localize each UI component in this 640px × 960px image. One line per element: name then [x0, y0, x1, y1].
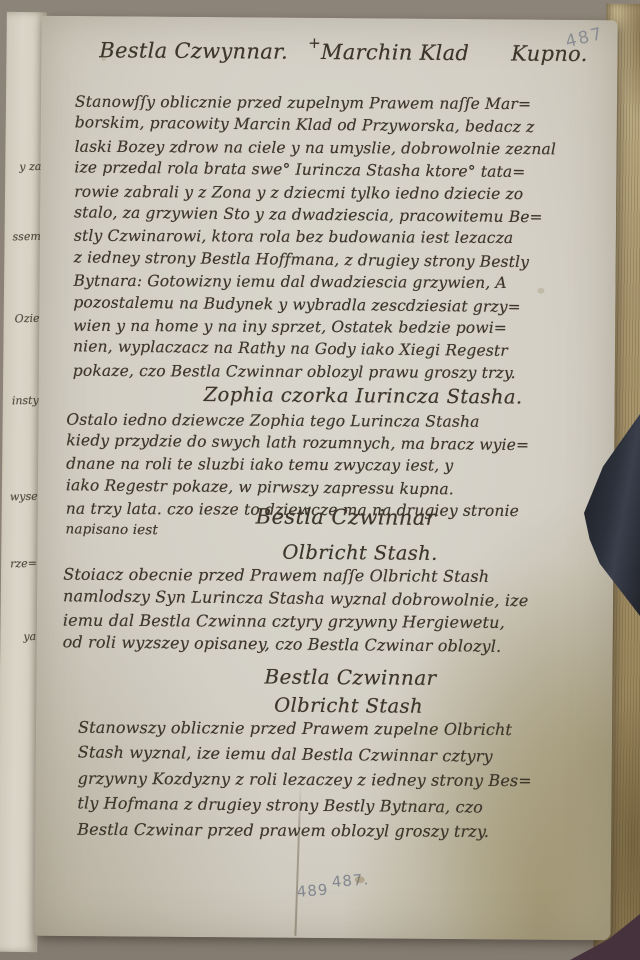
entry-paragraph-olbricht: Stoiacz obecnie przed Prawem naſſe Olbri… — [63, 562, 604, 658]
section-heading-bestla-czwinnar-2: Bestla Czwinnar — [264, 665, 436, 690]
title-part-3: Kupno. — [511, 41, 588, 66]
facing-page-fragment: ssem — [12, 230, 41, 244]
facing-page-fragment: rze= — [10, 557, 37, 571]
manuscript-line: od roli wyzszey opisaney, czo Bestla Czw… — [63, 630, 603, 659]
manuscript-line: grzywny Kozdyzny z roli lezaczey z iedne… — [78, 766, 602, 794]
facing-page-fragment: ya — [23, 630, 36, 643]
manuscript-line: Bestla Czwinar przed prawem oblozyl gros… — [77, 817, 601, 845]
section-heading-bestla-czwinnar: Bestla Czwinnar — [256, 504, 437, 529]
entry-paragraph-final: Stanowszy oblicznie przed Prawem zupelne… — [77, 714, 602, 846]
foxing-spot — [355, 876, 365, 883]
manuscript-page: 487 Bestla Czwynnar.+Marchin KladKupno. … — [34, 16, 617, 940]
section-heading-zophia: Zophia czorka Iurincza Stasha. — [204, 383, 523, 409]
foxing-spot — [537, 288, 544, 294]
pencil-number-old: 489 — [296, 880, 329, 900]
foxing-spot — [101, 56, 106, 61]
title-part-2: Marchin Klad — [321, 40, 469, 65]
cross-mark-icon: + — [308, 34, 321, 52]
facing-page-fragment: wyse — [10, 490, 38, 504]
manuscript-line: pokaze, czo Bestla Czwinnar oblozyl praw… — [73, 360, 605, 385]
facing-page-fragment: Ozie — [15, 312, 40, 326]
manuscript-line: Stanowszy oblicznie przed Prawem zupelne… — [78, 715, 602, 743]
fore-edge-stain — [617, 4, 640, 124]
photo-backdrop: y za ssem Ozie insty wyse rze= ya 487 Be… — [0, 0, 640, 960]
facing-page-fragment: y za — [19, 160, 41, 174]
page-title: Bestla Czwynnar.+Marchin KladKupno. — [99, 38, 599, 66]
entry-paragraph-kupno: Stanowſſy oblicznie przed zupelnym Prawe… — [73, 90, 607, 385]
section-heading-olbricht-stash-2: Olbricht Stash — [274, 694, 423, 718]
section-heading-olbricht-stash: Olbricht Stash. — [282, 541, 438, 565]
title-part-1: Bestla Czwynnar. — [99, 38, 288, 63]
facing-page-fragment: insty — [12, 394, 39, 408]
